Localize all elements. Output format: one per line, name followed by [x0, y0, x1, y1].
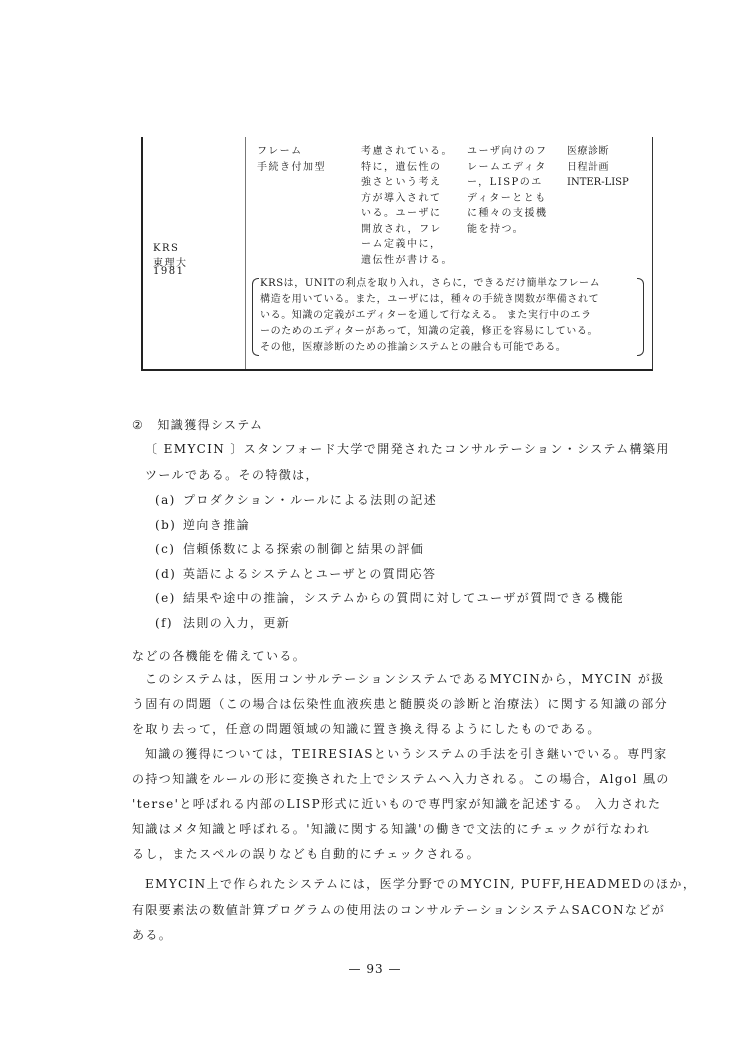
cell-line: に種々の支援機	[467, 206, 548, 222]
table-bottom-border	[141, 369, 653, 371]
section-number: ②	[132, 418, 144, 432]
paragraph-line: ある。	[132, 927, 172, 943]
table-left-border	[141, 137, 143, 370]
feature-item: (f)法則の入力，更新	[155, 615, 624, 640]
cell-line: 遺伝性が書ける。	[361, 253, 453, 269]
feature-item: (b)逆向き推論	[155, 517, 624, 542]
note-line: 構造を用いている。また，ユーザには，種々の手続き関数が準備されて	[260, 292, 640, 308]
cell-line: 強さという考え	[361, 175, 453, 191]
intro-line: ツールである。その特徴は，	[145, 467, 319, 483]
paragraph-line: 'terse'と呼ばれる内部のLISP形式に近いもので専門家が知識を記述する。 …	[132, 796, 661, 812]
paragraph-line: を取り去って，任意の問題領域の知識に置き換え得るようにしたものである。	[132, 721, 601, 737]
feature-text: 結果や途中の推論，システムからの質問に対してユーザが質問できる機能	[183, 591, 624, 605]
feature-text: 英語によるシステムとユーザとの質問応答	[183, 567, 436, 581]
right-brace-icon	[637, 278, 644, 356]
feature-item: (c)信頼係数による探索の制御と結果の評価	[155, 541, 624, 566]
cell-line: フレーム	[257, 144, 326, 160]
feature-list: (a)プロダクション・ルールによる法則の記述 (b)逆向き推論 (c)信頼係数に…	[155, 492, 624, 639]
cell-line: 考慮されている。	[361, 144, 453, 160]
cell-line: 手続き付加型	[257, 160, 326, 176]
cell-line: いる。ユーザに	[361, 206, 453, 222]
paragraph-line: の持つ知識をルールの形に変換された上でシステムへ入力される。この場合，Algol…	[132, 771, 670, 787]
cell-line: 日程計画	[567, 160, 629, 176]
paragraph-line: このシステムは，医用コンサルテーションシステムであるMYCINから，MYCIN …	[145, 671, 665, 687]
cell-line: 方が導入されて	[361, 191, 453, 207]
column-tools: ユーザ向けのフ レームエディタ ー，LISPのエ ディターととも に種々の支援機…	[467, 144, 548, 237]
system-name: KRS	[153, 241, 179, 257]
table-note: KRSは，UNITの利点を取り入れ，さらに，できるだけ簡単なフレーム 構造を用い…	[252, 276, 644, 358]
feature-text: 逆向き推論	[183, 518, 250, 532]
feature-label: (c)	[155, 541, 183, 557]
column-applications: 医療診断 日程計画 INTER-LISP	[567, 144, 629, 191]
feature-item: (e)結果や途中の推論，システムからの質問に対してユーザが質問できる機能	[155, 590, 624, 615]
paragraph-line: う固有の問題（この場合は伝染性血液疾患と髄膜炎の診断と治療法）に関する知識の部分	[132, 696, 668, 712]
cell-line: 医療診断	[567, 144, 629, 160]
feature-label: (b)	[155, 517, 183, 533]
features-end: などの各機能を備えている。	[132, 648, 306, 664]
cell-line: 特に，遺伝性の	[361, 160, 453, 176]
cell-line: ディターととも	[467, 191, 548, 207]
page-number: — 93 —	[0, 962, 750, 976]
cell-line: ー，LISPのエ	[467, 175, 548, 191]
feature-label: (a)	[155, 492, 183, 508]
feature-label: (e)	[155, 590, 183, 606]
table-right-border	[652, 137, 653, 370]
paragraph-line: るし，またスペルの誤りなども自動的にチェックされる。	[132, 846, 480, 862]
cell-line: レームエディタ	[467, 160, 548, 176]
section-heading: ② 知識獲得システム	[132, 417, 263, 433]
paragraph-line: 有限要素法の数値計算プログラムの使用法のコンサルテーションシステムSACONなど…	[132, 902, 665, 918]
feature-label: (f)	[155, 615, 183, 631]
note-line: KRSは，UNITの利点を取り入れ，さらに，できるだけ簡単なフレーム	[260, 276, 640, 292]
cell-line: 開放され，フレ	[361, 222, 453, 238]
feature-label: (d)	[155, 566, 183, 582]
table-column-divider	[245, 137, 246, 370]
paragraph-line: 知識の獲得については，TEIRESIASというシステムの手法を引き継いでいる。専…	[145, 746, 668, 762]
feature-item: (a)プロダクション・ルールによる法則の記述	[155, 492, 624, 517]
feature-text: プロダクション・ルールによる法則の記述	[183, 493, 437, 507]
note-line: いる。知識の定義がエディターを通して行なえる。 また実行中のエラ	[260, 308, 640, 324]
section-title: 知識獲得システム	[157, 418, 263, 432]
feature-item: (d)英語によるシステムとユーザとの質問応答	[155, 566, 624, 591]
paragraph-line: 知識はメタ知識と呼ばれる。'知識に関する知識'の働きで文法的にチェックが行なわれ	[132, 821, 650, 837]
cell-line: 能を持つ。	[467, 222, 548, 238]
column-type: フレーム 手続き付加型	[257, 144, 326, 175]
column-features: 考慮されている。 特に，遺伝性の 強さという考え 方が導入されて いる。ユーザに…	[361, 144, 453, 268]
system-year: 1981	[153, 264, 184, 280]
cell-line: ユーザ向けのフ	[467, 144, 548, 160]
note-line: その他，医療診断のための推論システムとの融合も可能である。	[260, 340, 640, 356]
note-line: ーのためのエディターがあって，知識の定義，修正を容易にしている。	[260, 324, 640, 340]
cell-line: INTER-LISP	[567, 175, 629, 191]
feature-text: 法則の入力，更新	[183, 616, 290, 630]
paragraph-line: EMYCIN上で作られたシステムには，医学分野でのMYCIN, PUFF,HEA…	[145, 876, 696, 892]
left-brace-icon	[252, 278, 259, 356]
intro-line: 〔 EMYCIN 〕スタンフォード大学で開発されたコンサルテーション・システム構…	[145, 441, 670, 457]
cell-line: ーム定義中に，	[361, 237, 453, 253]
feature-text: 信頼係数による探索の制御と結果の評価	[183, 542, 424, 556]
